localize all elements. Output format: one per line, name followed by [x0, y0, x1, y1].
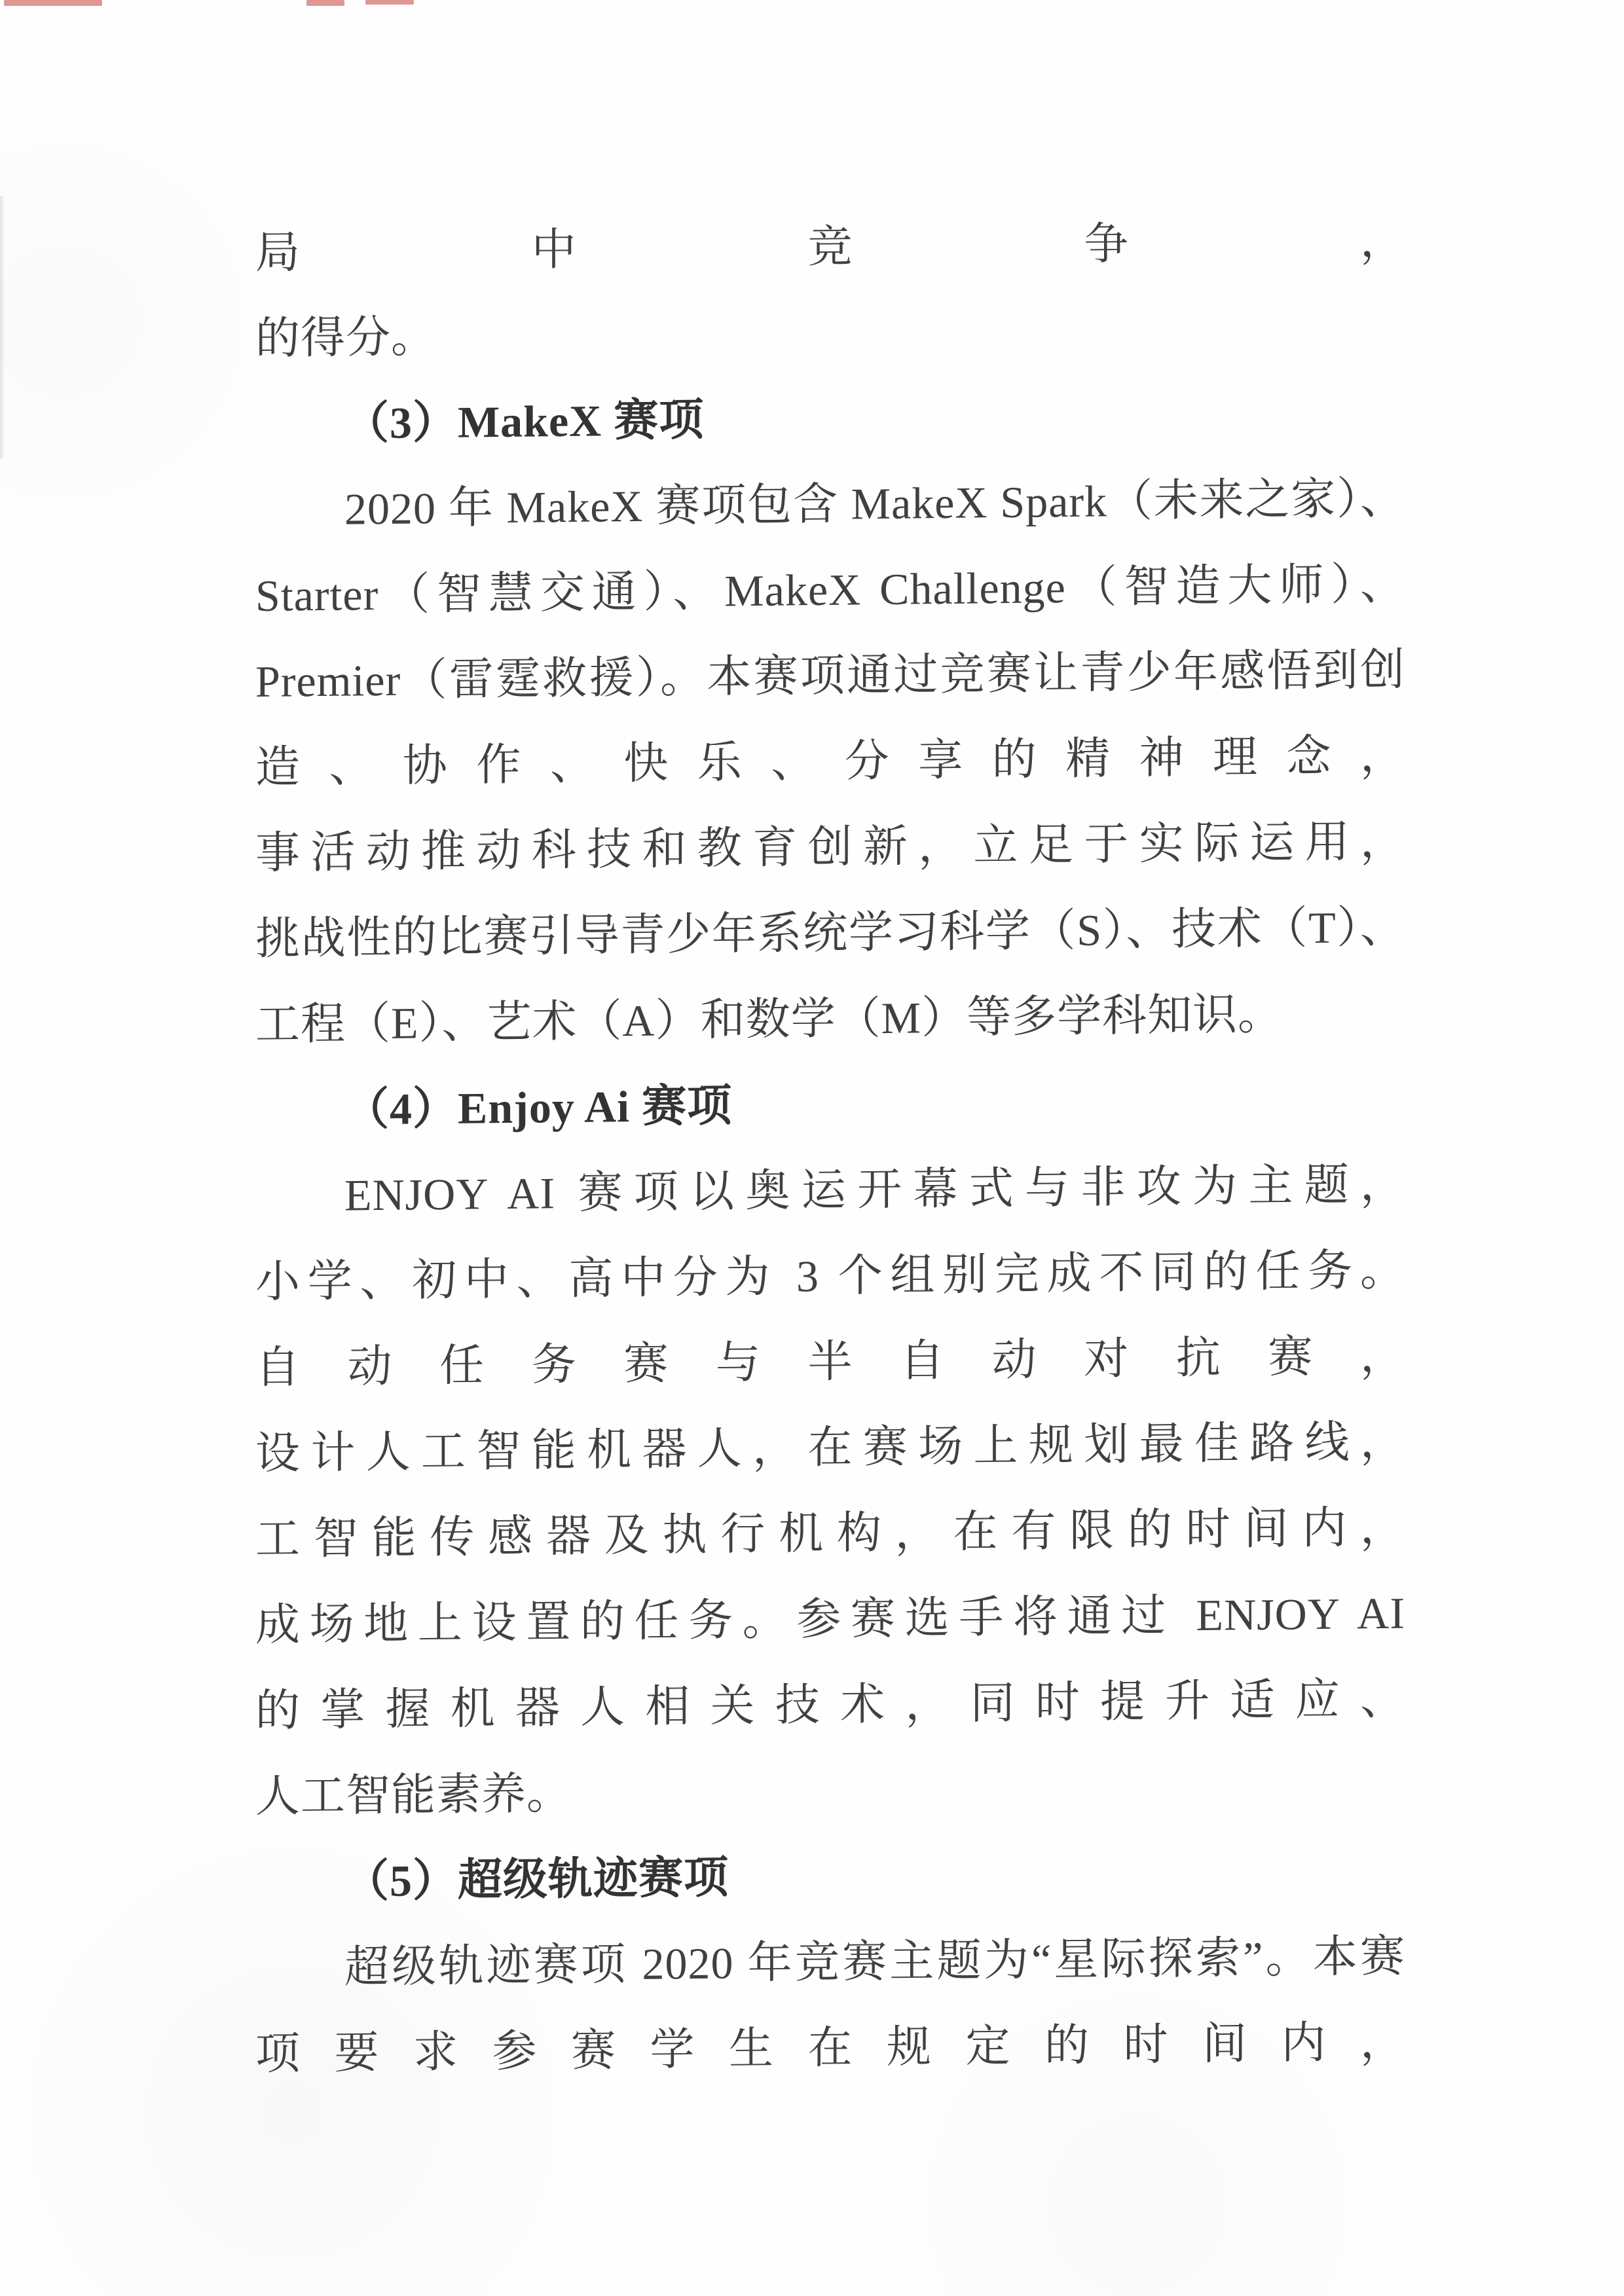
text-line: 超级轨迹赛项 2020 年竞赛主题为“星际探索”。本赛	[255, 1914, 1405, 2011]
text-line: 项要求参赛学生在规定的时间内，根据现场公布的路线和任	[255, 1999, 1405, 2097]
text-line: 小学、初中、高中分为 3 个组别完成不同的任务。比赛分为	[255, 1228, 1405, 1325]
text-line: 2020 年 MakeX 赛项包含 MakeX Spark（未来之家）、Make…	[255, 456, 1405, 553]
scan-edge-artifact	[365, 0, 414, 5]
heading-enjoy-ai: （4）Enjoy Ai 赛项	[255, 1056, 1405, 1154]
scanned-page: 局中竞争，通过用球得分和达成连横以获得比对方联队更高 的得分。 （3）MakeX…	[0, 0, 1624, 2296]
text-line: 自动任务赛与半自动对抗赛，自动任务赛要求参赛选手自主	[255, 1313, 1405, 1411]
text-line: 挑战性的比赛引导青少年系统学习科学（S）、技术（T）、	[255, 884, 1405, 982]
text-line: Starter（智慧交通）、MakeX Challenge（智造大师）、Make…	[255, 541, 1405, 639]
text-line: 造、协作、快乐、分享的精神理念，致力于通过高水平的赛	[255, 713, 1405, 811]
text-line: 人工智能素养。	[255, 1742, 1405, 1840]
text-line: 工智能传感器及执行机构，在有限的时间内，尽可能多的完	[255, 1485, 1405, 1582]
heading-makex: （3）MakeX 赛项	[255, 370, 1405, 467]
text-line: Premier（雷霆救援）。本赛项通过竞赛让青少年感悟到创	[255, 627, 1405, 725]
text-line: 设计人工智能机器人，在赛场上规划最佳路线，利用多种人	[255, 1399, 1405, 1497]
page-edge-shadow	[0, 196, 5, 458]
text-line: 事活动推动科技和教育创新，立足于实际运用，以有趣又有	[255, 799, 1405, 896]
scan-edge-artifact	[306, 0, 344, 6]
scan-edge-artifact	[4, 0, 102, 6]
text-line: 工程（E）、艺术（A）和数学（M）等多学科知识。	[255, 970, 1405, 1068]
text-line: 成场地上设置的任务。参赛选手将通过 ENJOY AI 赛项熟悉	[255, 1571, 1405, 1668]
text-line: 的掌握机器人相关技术，同时提升适应、改变和创造未来的	[255, 1656, 1405, 1754]
heading-super-track: （5）超级轨迹赛项	[255, 1828, 1405, 1925]
text-line: 的得分。	[255, 284, 1405, 382]
text-line: ENJOY AI 赛项以奥运开幕式与非攻为主题，参赛选手按	[255, 1142, 1405, 1239]
document-text-block: 局中竞争，通过用球得分和达成连横以获得比对方联队更高 的得分。 （3）MakeX…	[255, 198, 1405, 2097]
text-line: 局中竞争，通过用球得分和达成连横以获得比对方联队更高	[255, 198, 1405, 296]
